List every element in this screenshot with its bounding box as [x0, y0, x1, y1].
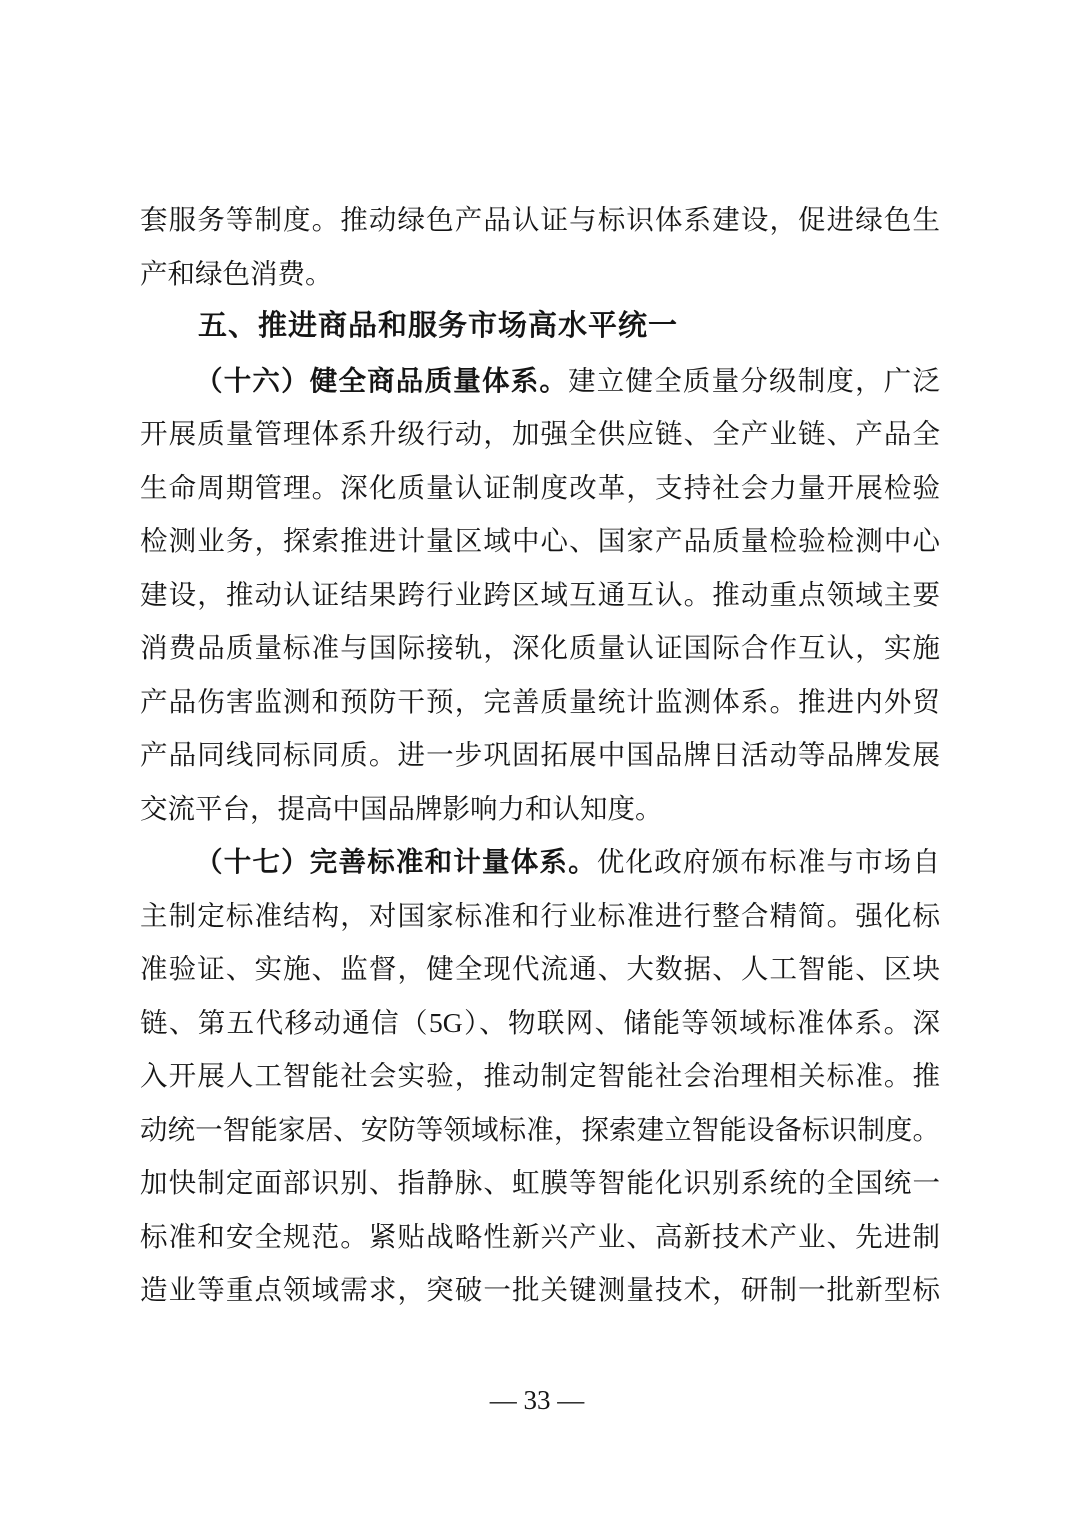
body-text: 加快制定面部识别、指静脉、虹膜等智能化识别系统的全国统一 [140, 1167, 940, 1198]
body-text: 建立健全质量分级制度，广泛 [568, 365, 940, 396]
body-text: 准验证、实施、监督，健全现代流通、大数据、人工智能、区块 [140, 953, 940, 984]
text-block: 套服务等制度。推动绿色产品认证与标识体系建设，促进绿色生产和绿色消费。五、推进商… [140, 193, 940, 1317]
body-text: 主制定标准结构，对国家标准和行业标准进行整合精简。强化标 [140, 900, 940, 931]
body-text: 产品伤害监测和预防干预，完善质量统计监测体系。推进内外贸 [140, 686, 940, 717]
para-17-standards-metrology-system-line: 准验证、实施、监督，健全现代流通、大数据、人工智能、区块 [140, 942, 940, 996]
body-text: 套服务等制度。推动绿色产品认证与标识体系建设，促进绿色生 [140, 204, 940, 235]
document-page: 套服务等制度。推动绿色产品认证与标识体系建设，促进绿色生产和绿色消费。五、推进商… [0, 0, 1074, 1520]
para-17-standards-metrology-system: （十七）完善标准和计量体系。优化政府颁布标准与市场自主制定标准结构，对国家标准和… [140, 835, 940, 1317]
para-17-standards-metrology-system-line: 入开展人工智能社会实验，推动制定智能社会治理相关标准。推 [140, 1049, 940, 1103]
para-16-commodity-quality-system: （十六）健全商品质量体系。建立健全质量分级制度，广泛开展质量管理体系升级行动，加… [140, 354, 940, 836]
body-text: 造业等重点领域需求，突破一批关键测量技术，研制一批新型标 [140, 1274, 940, 1305]
para-17-standards-metrology-system-line: 加快制定面部识别、指静脉、虹膜等智能化识别系统的全国统一 [140, 1156, 940, 1210]
para-16-commodity-quality-system-line: 建设，推动认证结果跨行业跨区域互通互认。推动重点领域主要 [140, 568, 940, 622]
bold-lead-text: （十七）完善标准和计量体系。 [195, 846, 597, 877]
page-number: — 33 — [0, 1374, 1074, 1427]
para-continuation-green-consumption: 套服务等制度。推动绿色产品认证与标识体系建设，促进绿色生产和绿色消费。 [140, 193, 940, 300]
para-continuation-green-consumption-line: 套服务等制度。推动绿色产品认证与标识体系建设，促进绿色生 [140, 193, 940, 247]
para-16-commodity-quality-system-line: 开展质量管理体系升级行动，加强全供应链、全产业链、产品全 [140, 407, 940, 461]
para-16-commodity-quality-system-line: 检测业务，探索推进计量区域中心、国家产品质量检验检测中心 [140, 514, 940, 568]
body-text: 优化政府颁布标准与市场自 [597, 846, 940, 877]
para-17-standards-metrology-system-line: 主制定标准结构，对国家标准和行业标准进行整合精简。强化标 [140, 889, 940, 943]
section-heading-five: 五、推进商品和服务市场高水平统一 [140, 300, 940, 354]
body-text: 链、第五代移动通信（5G）、物联网、储能等领域标准体系。深 [140, 1007, 940, 1038]
para-17-standards-metrology-system-line: 造业等重点领域需求，突破一批关键测量技术，研制一批新型标 [140, 1263, 940, 1317]
body-text: 产品同线同标同质。进一步巩固拓展中国品牌日活动等品牌发展 [140, 739, 940, 770]
para-16-commodity-quality-system-line: 消费品质量标准与国际接轨，深化质量认证国际合作互认，实施 [140, 621, 940, 675]
body-text: 入开展人工智能社会实验，推动制定智能社会治理相关标准。推 [140, 1060, 940, 1091]
body-text: 消费品质量标准与国际接轨，深化质量认证国际合作互认，实施 [140, 632, 940, 663]
body-text: 标准和安全规范。紧贴战略性新兴产业、高新技术产业、先进制 [140, 1221, 940, 1252]
para-16-commodity-quality-system-line: 交流平台，提高中国品牌影响力和认知度。 [140, 782, 940, 836]
body-text: 动统一智能家居、安防等领域标准，探索建立智能设备标识制度。 [140, 1114, 940, 1145]
body-text: 产和绿色消费。 [140, 258, 333, 289]
para-continuation-green-consumption-line: 产和绿色消费。 [140, 247, 940, 301]
para-16-commodity-quality-system-line: （十六）健全商品质量体系。建立健全质量分级制度，广泛 [140, 354, 940, 408]
section-heading-five-line: 五、推进商品和服务市场高水平统一 [140, 300, 940, 354]
para-17-standards-metrology-system-line: 标准和安全规范。紧贴战略性新兴产业、高新技术产业、先进制 [140, 1210, 940, 1264]
para-17-standards-metrology-system-line: 链、第五代移动通信（5G）、物联网、储能等领域标准体系。深 [140, 996, 940, 1050]
para-17-standards-metrology-system-line: （十七）完善标准和计量体系。优化政府颁布标准与市场自 [140, 835, 940, 889]
para-17-standards-metrology-system-line: 动统一智能家居、安防等领域标准，探索建立智能设备标识制度。 [140, 1103, 940, 1157]
body-text: 建设，推动认证结果跨行业跨区域互通互认。推动重点领域主要 [140, 579, 940, 610]
bold-lead-text: 五、推进商品和服务市场高水平统一 [198, 310, 678, 342]
para-16-commodity-quality-system-line: 产品同线同标同质。进一步巩固拓展中国品牌日活动等品牌发展 [140, 728, 940, 782]
body-text: 开展质量管理体系升级行动，加强全供应链、全产业链、产品全 [140, 418, 940, 449]
para-16-commodity-quality-system-line: 产品伤害监测和预防干预，完善质量统计监测体系。推进内外贸 [140, 675, 940, 729]
body-text: 交流平台，提高中国品牌影响力和认知度。 [140, 793, 663, 824]
para-16-commodity-quality-system-line: 生命周期管理。深化质量认证制度改革，支持社会力量开展检验 [140, 461, 940, 515]
bold-lead-text: （十六）健全商品质量体系。 [195, 365, 568, 396]
body-text: 检测业务，探索推进计量区域中心、国家产品质量检验检测中心 [140, 525, 940, 556]
body-text: 生命周期管理。深化质量认证制度改革，支持社会力量开展检验 [140, 472, 940, 503]
